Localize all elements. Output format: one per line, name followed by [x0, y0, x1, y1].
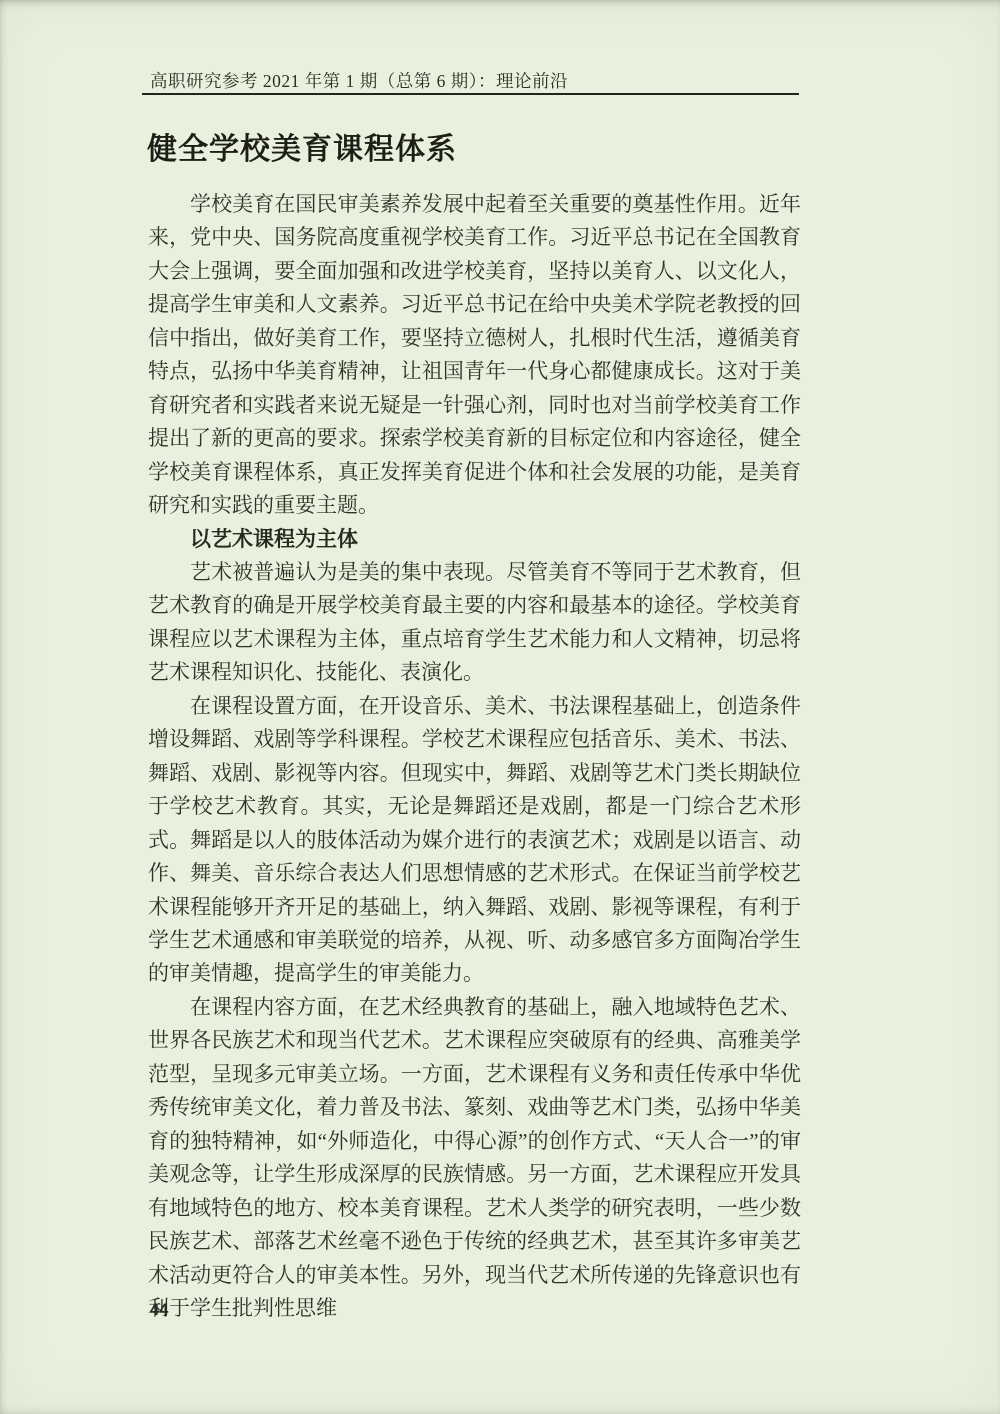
paragraph-intro: 学校美育在国民审美素养发展中起着至关重要的奠基性作用。近年来，党中央、国务院高度…	[148, 188, 801, 523]
paragraph-curriculum-setup: 在课程设置方面，在开设音乐、美术、书法课程基础上，创造条件增设舞蹈、戏剧等学科课…	[148, 690, 801, 991]
journal-page: 高职研究参考 2021 年第 1 期（总第 6 期）：理论前沿 健全学校美育课程…	[0, 0, 1000, 1414]
section-subheading: 以艺术课程为主体	[148, 523, 801, 556]
paragraph-curriculum-content: 在课程内容方面，在艺术经典教育的基础上，融入地域特色艺术、世界各民族艺术和现当代…	[148, 991, 801, 1326]
paragraph-art-as-core: 艺术被普遍认为是美的集中表现。尽管美育不等同于艺术教育，但艺术教育的确是开展学校…	[148, 556, 801, 690]
article-body: 学校美育在国民审美素养发展中起着至关重要的奠基性作用。近年来，党中央、国务院高度…	[148, 188, 801, 1325]
header-rule	[142, 93, 799, 95]
page-number: 44	[150, 1301, 168, 1320]
article-title: 健全学校美育课程体系	[147, 124, 457, 168]
running-head: 高职研究参考 2021 年第 1 期（总第 6 期）：理论前沿	[150, 68, 810, 93]
